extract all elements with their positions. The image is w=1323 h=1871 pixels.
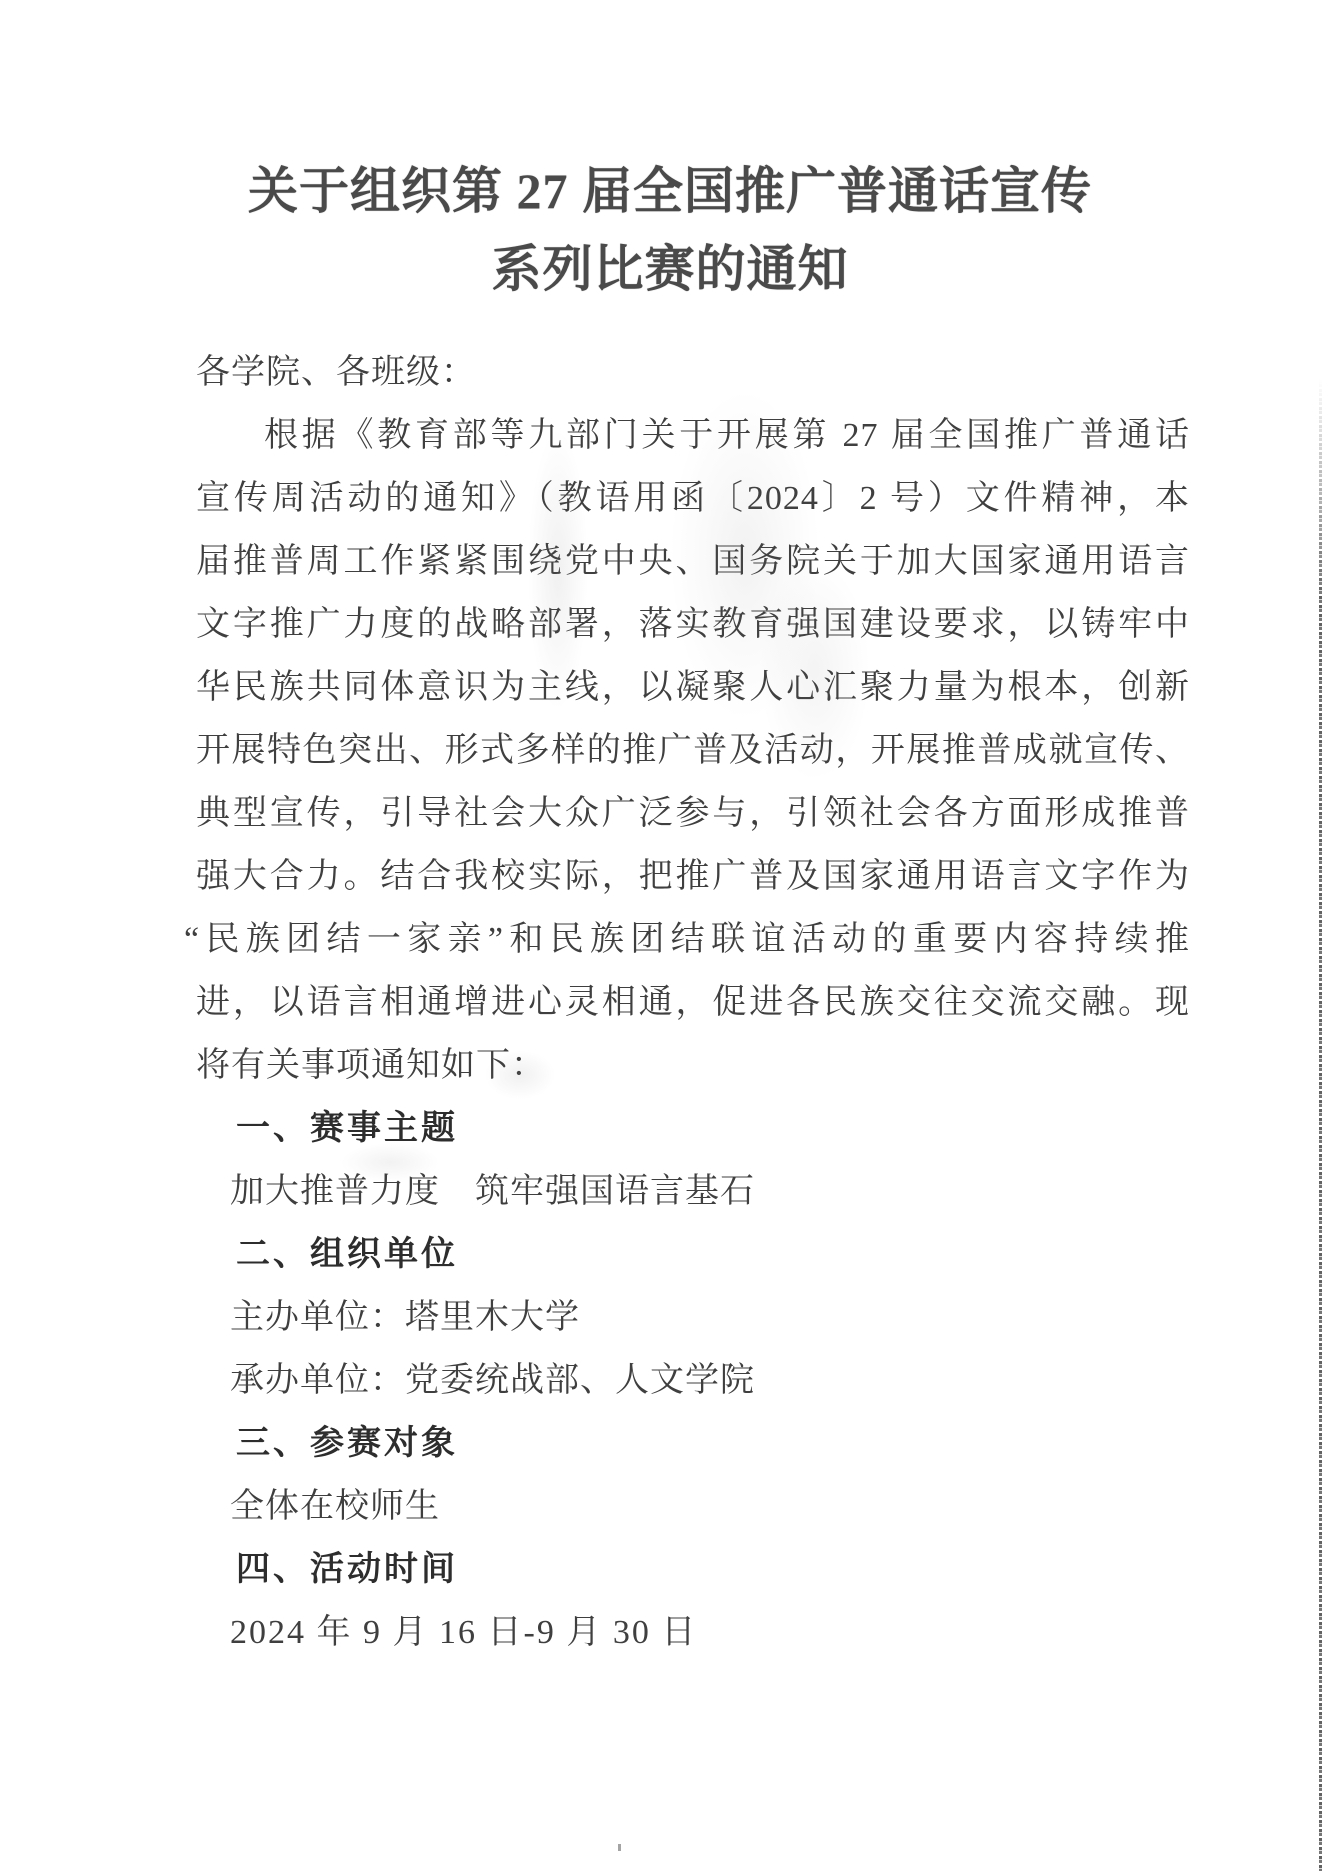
section-4-heading: 四、活动时间	[196, 1538, 1190, 1601]
paragraph-line: 宣传周活动的通知》（教语用函〔2024〕2 号）文件精神，本	[196, 467, 1190, 530]
paragraph-line: 开展特色突出、形式多样的推广普及活动，开展推普成就宣传、	[196, 719, 1190, 782]
section-3-line: 全体在校师生	[196, 1475, 1190, 1538]
paragraph-line: 根据《教育部等九部门关于开展第 27 届全国推广普通话	[196, 404, 1190, 467]
salutation: 各学院、各班级：	[196, 341, 1190, 404]
paragraph-line: 进，以语言相通增进心灵相通，促进各民族交往交流交融。现	[196, 971, 1190, 1034]
section-1-line: 加大推普力度 筑牢强国语言基石	[196, 1160, 1190, 1223]
document-body: 各学院、各班级： 根据《教育部等九部门关于开展第 27 届全国推广普通话 宣传周…	[196, 341, 1190, 1664]
section-4-line: 2024 年 9 月 16 日-9 月 30 日	[196, 1601, 1190, 1664]
section-1-heading: 一、赛事主题	[196, 1097, 1190, 1160]
paragraph-line: 将有关事项通知如下：	[196, 1034, 1190, 1097]
paragraph-line: 典型宣传，引导社会大众广泛参与，引领社会各方面形成推普	[196, 782, 1190, 845]
document-title-line-2: 系列比赛的通知	[90, 230, 1250, 308]
section-2-heading: 二、组织单位	[196, 1223, 1190, 1286]
section-2-line: 承办单位：党委统战部、人文学院	[196, 1349, 1190, 1412]
paragraph-line: 文字推广力度的战略部署，落实教育强国建设要求，以铸牢中	[196, 593, 1190, 656]
paragraph-line: 华民族共同体意识为主线，以凝聚人心汇聚力量为根本，创新	[196, 656, 1190, 719]
document-title-line-1: 关于组织第 27 届全国推广普通话宣传	[90, 152, 1250, 230]
paragraph-line: 届推普周工作紧紧围绕党中央、国务院关于加大国家通用语言	[196, 530, 1190, 593]
scan-edge-artifact	[1319, 380, 1322, 1871]
document-page: 关于组织第 27 届全国推广普通话宣传 系列比赛的通知 各学院、各班级： 根据《…	[0, 0, 1323, 1871]
section-2-line: 主办单位：塔里木大学	[196, 1286, 1190, 1349]
paragraph-line: “民族团结一家亲”和民族团结联谊活动的重要内容持续推	[196, 908, 1190, 971]
paragraph-line: 强大合力。结合我校实际，把推广普及国家通用语言文字作为	[196, 845, 1190, 908]
document-title: 关于组织第 27 届全国推广普通话宣传 系列比赛的通知	[90, 152, 1250, 308]
section-3-heading: 三、参赛对象	[196, 1412, 1190, 1475]
scan-speck	[618, 1844, 621, 1851]
